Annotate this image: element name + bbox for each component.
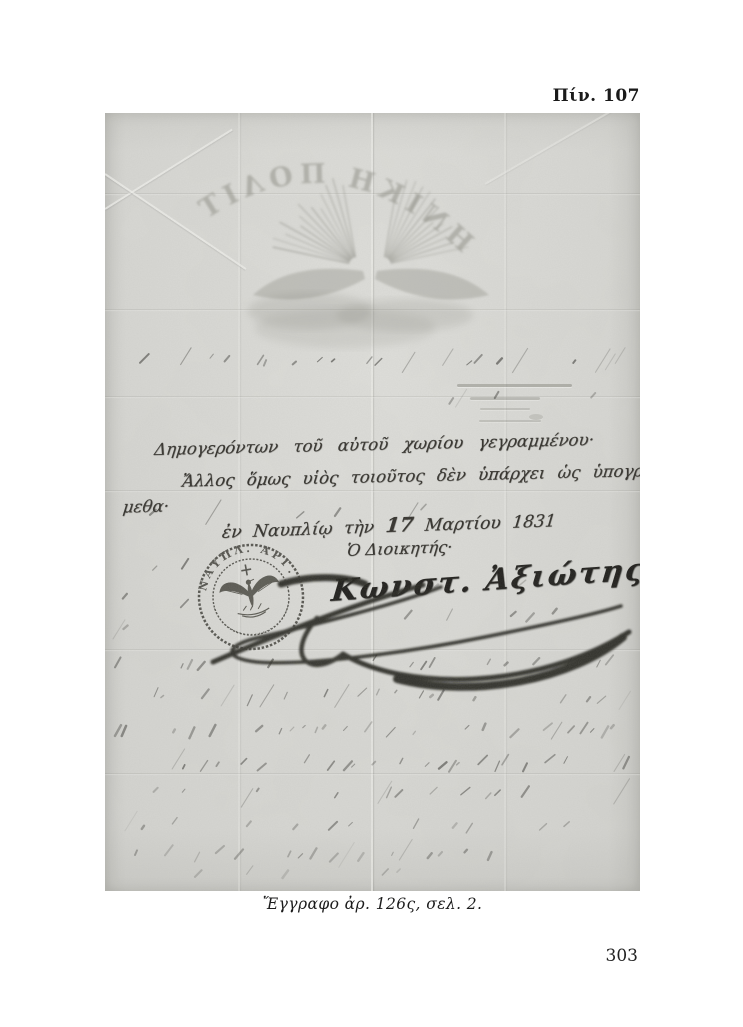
fold-crease-vertical xyxy=(238,113,240,891)
paper-grain-texture xyxy=(105,113,640,891)
plate-label: Πίν. 107 xyxy=(460,86,640,106)
fold-crease-horizontal xyxy=(105,309,640,310)
signature-flourish xyxy=(105,113,640,891)
seal-phoenix-icon xyxy=(218,574,284,622)
document-scan: ΕΛΛΗΝΙΚΗ ΠΟΛΙΤΕΙΑ Δημογερόντων τοῦ αὐτοῦ… xyxy=(105,113,640,891)
fold-crease-vertical xyxy=(371,113,373,891)
handwritten-line: Ἄλλος ὅμως υἱὸς τοιοῦτος δὲν ὑπάρχει ὡς … xyxy=(181,460,640,490)
date-line: ἐν Ναυπλίῳ τὴν 17 Μαρτίου 1831 xyxy=(221,507,557,543)
seal-cross-icon xyxy=(240,564,252,577)
fold-crease-diagonal xyxy=(105,129,233,210)
fold-crease-diagonal xyxy=(105,173,246,270)
fold-crease-diagonal xyxy=(485,113,625,185)
fold-crease-horizontal xyxy=(105,773,640,774)
fold-crease-horizontal xyxy=(105,193,640,194)
date-month-year: Μαρτίου 1831 xyxy=(412,511,556,536)
bleedthrough-marks xyxy=(105,113,640,891)
handwritten-line: μεθα· xyxy=(122,496,170,516)
seal-rim-text: ΝΑΥΠΛ. ΑΡΓ. xyxy=(190,533,301,594)
phoenix-wing-right xyxy=(375,269,489,300)
caption: Ἔγγραφο ἀρ. 126ς, σελ. 2. xyxy=(105,895,640,913)
signoff-title: Ὁ Διοικητής· xyxy=(346,537,454,560)
handwritten-line: Δημογερόντων τοῦ αὐτοῦ χωρίου γεγραμμένο… xyxy=(153,430,595,459)
phoenix-watermark: ΕΛΛΗΝΙΚΗ ΠΟΛΙΤΕΙΑ xyxy=(105,113,640,891)
signature: Κωνστ. Ἀξιώτης xyxy=(330,552,640,609)
svg-text:ΕΛΛΗΝΙΚΗ ΠΟΛΙΤΕΙΑ: ΕΛΛΗΝΙΚΗ ΠΟΛΙΤΕΙΑ xyxy=(189,113,640,259)
fold-crease-horizontal xyxy=(105,649,640,650)
fold-crease-horizontal xyxy=(105,396,640,397)
page-number: 303 xyxy=(560,946,638,966)
date-place: ἐν Ναυπλίῳ τὴν xyxy=(221,517,387,543)
svg-text:ΝΑΥΠΛ. ΑΡΓ.: ΝΑΥΠΛ. ΑΡΓ. xyxy=(190,533,301,594)
book-page: { "header": { "plate_label": "Πίν. 107" … xyxy=(0,0,743,1027)
phoenix-seal: ΝΑΥΠΛ. ΑΡΓ. xyxy=(181,527,320,666)
watermark-text: ΕΛΛΗΝΙΚΗ ΠΟΛΙΤΕΙΑ xyxy=(189,113,640,259)
date-day: 17 xyxy=(384,512,414,537)
phoenix-wing-left xyxy=(253,269,365,300)
fold-crease-vertical xyxy=(504,113,506,891)
